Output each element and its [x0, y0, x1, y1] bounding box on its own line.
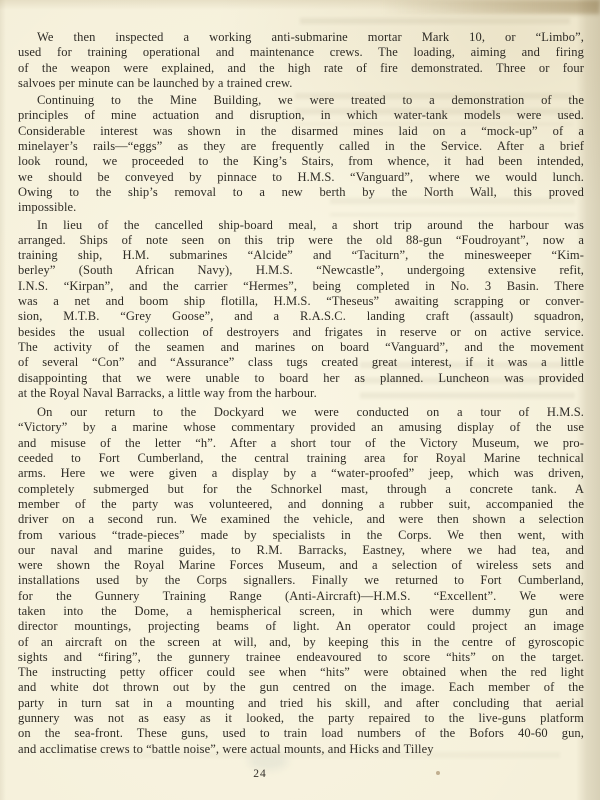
text-line: I.N.S. “Kirpan”, and the carrier “Hermes…	[18, 279, 584, 294]
text-line: On our return to the Dockyard we were co…	[18, 405, 584, 420]
text-line: of several “Con” and “Assurance” class t…	[18, 355, 584, 370]
text-line: impossible.	[18, 200, 584, 215]
text-line: Considerable interest was shown in the d…	[18, 124, 584, 139]
text-line: salvoes per minute can be launched by a …	[18, 76, 584, 91]
text-line: and misuse of the letter “h”. After a sh…	[18, 436, 584, 451]
text-line: disappointing that we were unable to boa…	[18, 371, 584, 386]
text-line: We then inspected a working anti-submari…	[18, 30, 584, 45]
text-line: The instructing petty officer could see …	[18, 665, 584, 680]
text-line: driver on a second run. We examined the …	[18, 512, 584, 527]
paragraph: On our return to the Dockyard we were co…	[18, 405, 584, 757]
paper-speck	[436, 771, 440, 775]
scanned-book-page: We then inspected a working anti-submari…	[0, 0, 600, 800]
text-line: completely submerged but for the Schnork…	[18, 482, 584, 497]
text-line: arms. Here we were given a display by a …	[18, 466, 584, 481]
body-text: We then inspected a working anti-submari…	[18, 30, 584, 757]
text-line: principles of mine actuation and disrupt…	[18, 108, 584, 123]
text-line: berley” (South African Navy), H.M.S. “Ne…	[18, 263, 584, 278]
text-line: “Victory” by a marine whose commentary p…	[18, 420, 584, 435]
text-line: director mountings, projecting beams of …	[18, 619, 584, 634]
paragraph: We then inspected a working anti-submari…	[18, 30, 584, 91]
text-line: were shown the Royal Marine Forces Museu…	[18, 558, 584, 573]
text-line: and white dot thrown out by the gun cent…	[18, 680, 584, 695]
text-line: was a net and boom ship flotilla, H.M.S.…	[18, 294, 584, 309]
paragraph: In lieu of the cancelled ship-board meal…	[18, 218, 584, 402]
scan-edge-top-right	[380, 0, 600, 14]
text-line: at the Royal Naval Barracks, a little wa…	[18, 386, 584, 401]
text-line: party in turn sat in a mounting and trie…	[18, 696, 584, 711]
text-line: look round, we proceeded to the King’s S…	[18, 154, 584, 169]
text-line: and acclimatise crews to “battle noise”,…	[18, 742, 584, 757]
page-number: 24	[248, 768, 272, 780]
paragraph: Continuing to the Mine Building, we were…	[18, 93, 584, 215]
text-line: we should be conveyed by pinnace to H.M.…	[18, 170, 584, 185]
text-line: sion, M.T.B. “Grey Goose”, and a R.A.S.C…	[18, 309, 584, 324]
text-line: of the weapon were explained, and the hi…	[18, 61, 584, 76]
text-line: arranged. Ships of note seen on this tri…	[18, 233, 584, 248]
text-line: from various “trade-pieces” made by spec…	[18, 528, 584, 543]
text-line: Continuing to the Mine Building, we were…	[18, 93, 584, 108]
text-line: member of the party was volunteered, and…	[18, 497, 584, 512]
text-line: sights and “firing”, the gunnery trainee…	[18, 650, 584, 665]
scan-edge-left	[0, 0, 6, 800]
text-line: The activity of the seamen and marines o…	[18, 340, 584, 355]
text-line: training ship, H.M. submarines “Alcide” …	[18, 248, 584, 263]
text-line: gunnery was not as easy as it looked, th…	[18, 711, 584, 726]
text-line: used for training operational and mainte…	[18, 45, 584, 60]
text-line: ceeded to Fort Cumberland, the central t…	[18, 451, 584, 466]
text-line: besides the usual collection of destroye…	[18, 325, 584, 340]
text-line: In lieu of the cancelled ship-board meal…	[18, 218, 584, 233]
text-line: installations used by the Corps signalle…	[18, 573, 584, 588]
text-line: on the sea-front. These guns, used to tr…	[18, 726, 584, 741]
text-line: for the Gunnery Training Range (Anti-Air…	[18, 589, 584, 604]
text-line: taken into the Dome, a hemispherical scr…	[18, 604, 584, 619]
text-line: Owing to the ship’s removal to a new ber…	[18, 185, 584, 200]
text-line: of an aircraft on the screen at will, an…	[18, 635, 584, 650]
text-line: minelayer’s rails—“eggs” as they are fre…	[18, 139, 584, 154]
text-line: our naval and marine guides, to R.M. Bar…	[18, 543, 584, 558]
